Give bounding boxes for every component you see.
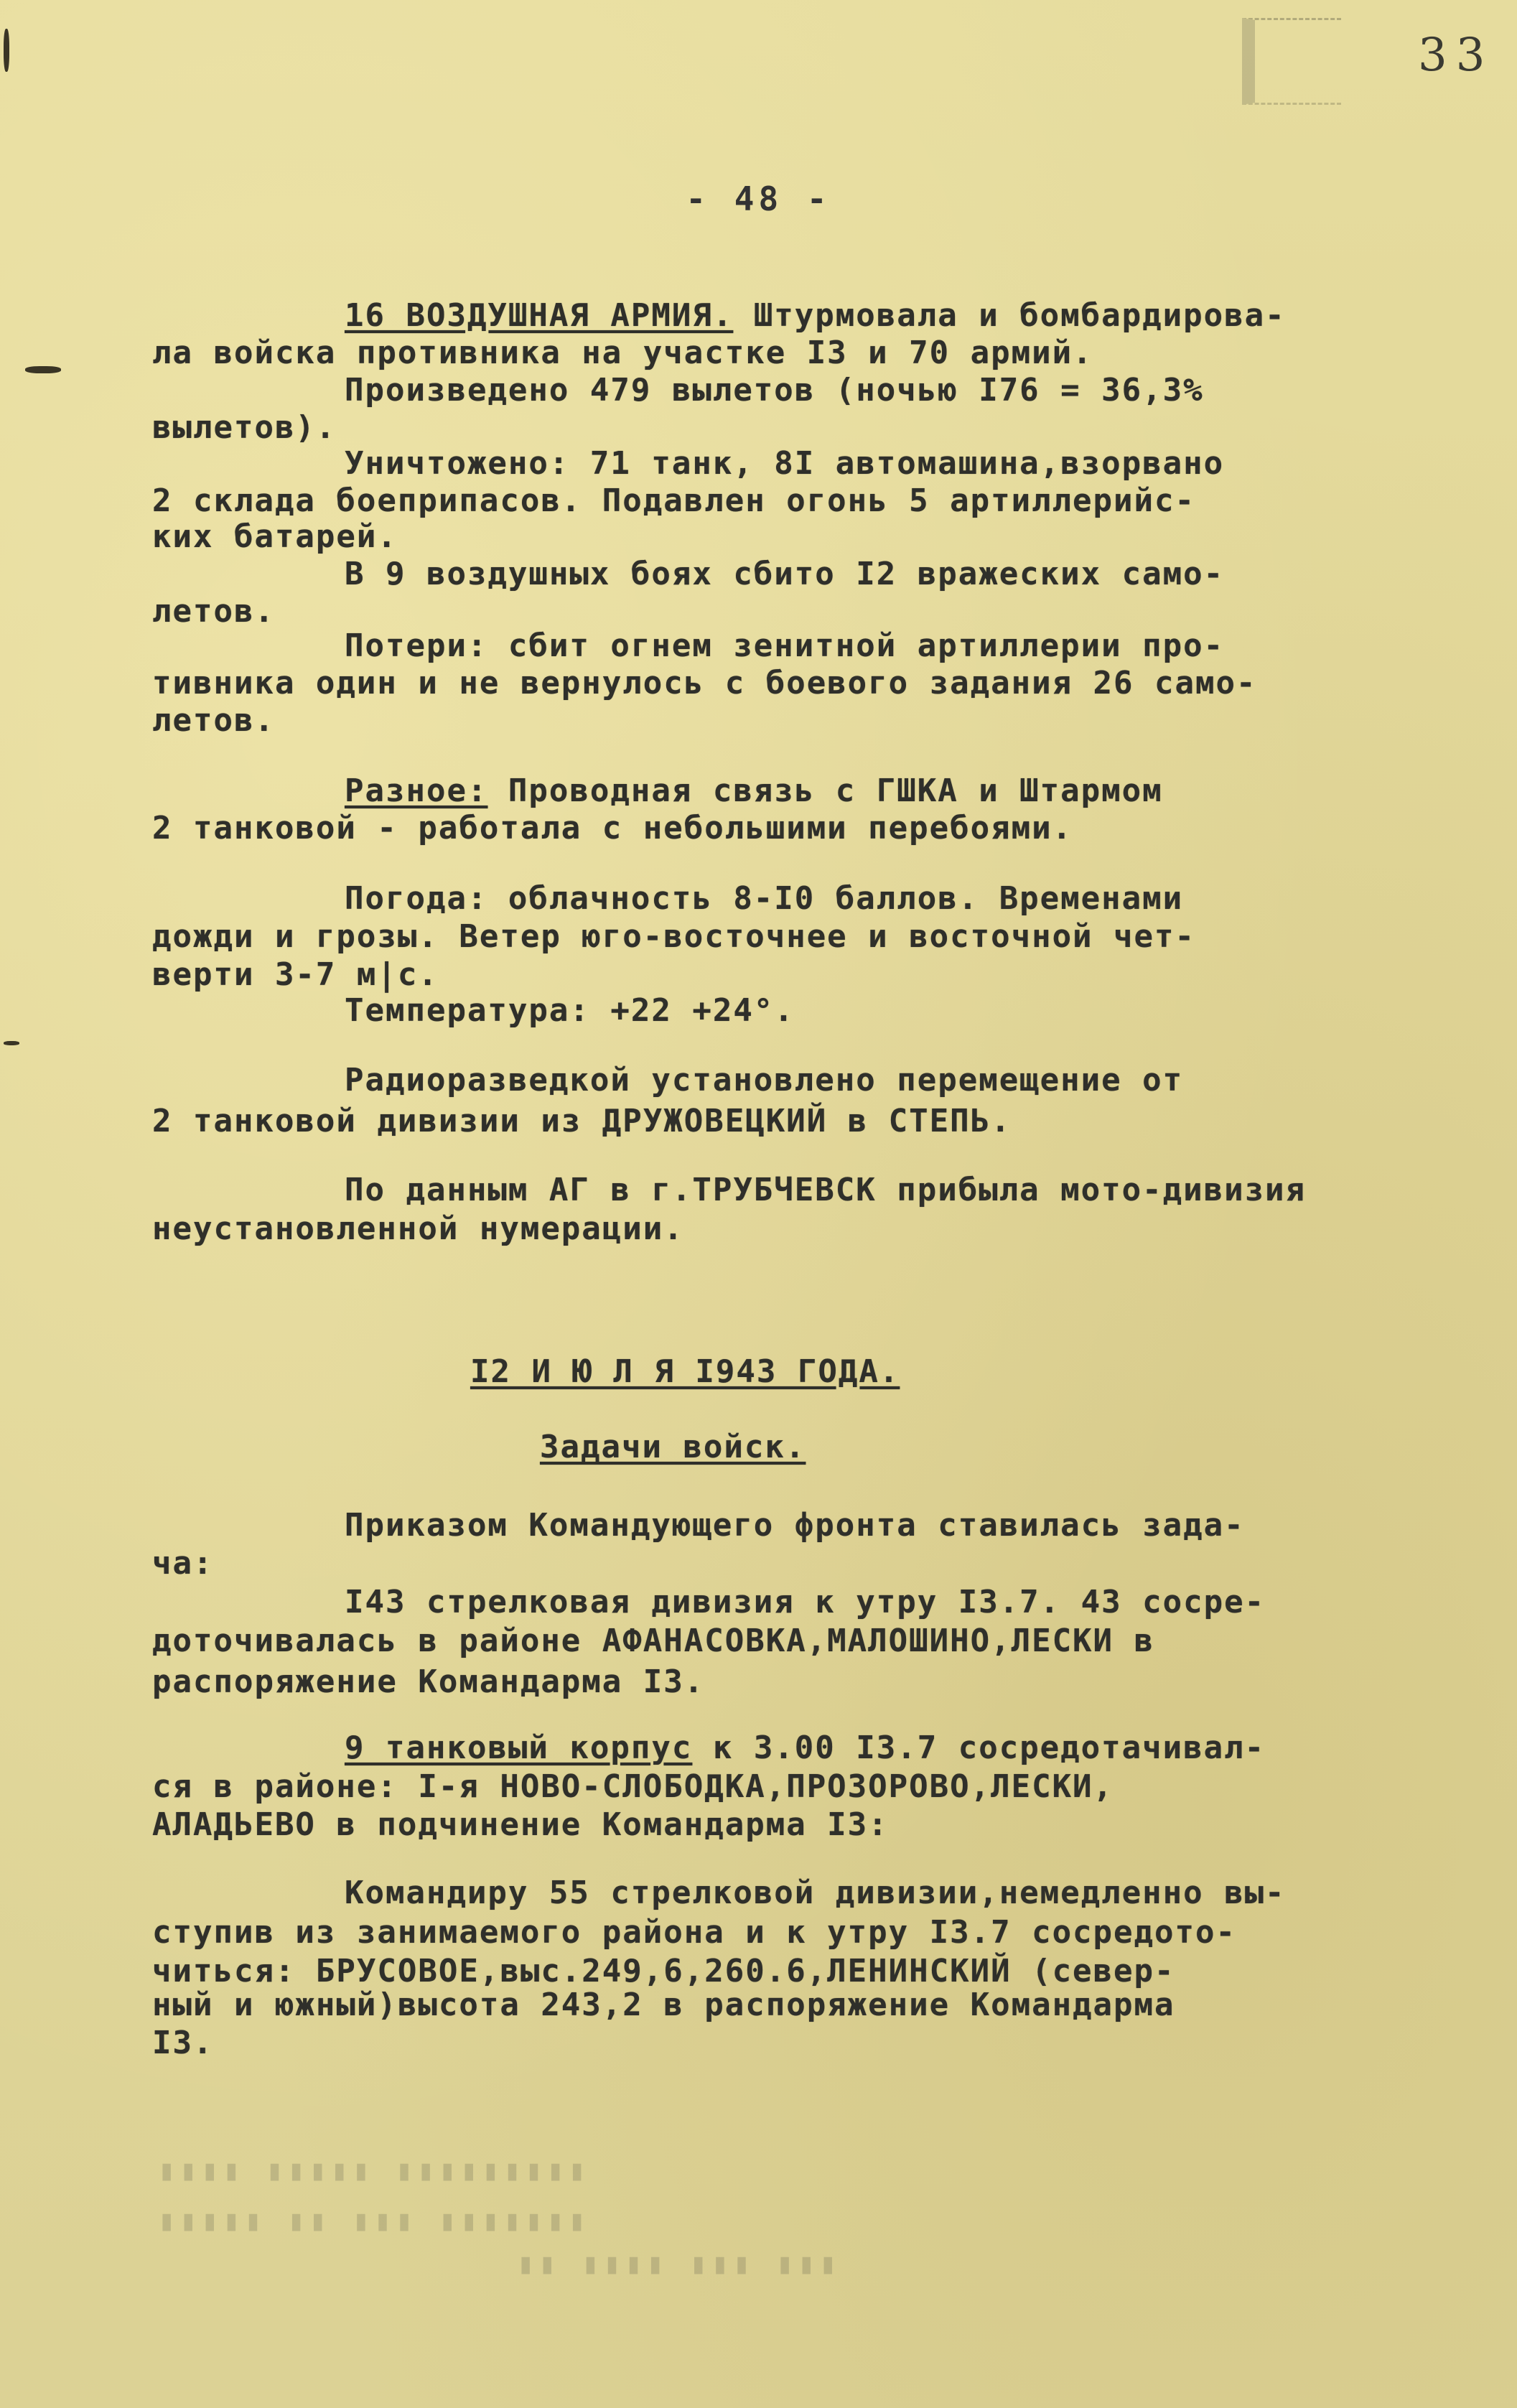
text-line: ких батарей. bbox=[152, 518, 398, 556]
text-line: Радиоразведкой установлено перемещение о… bbox=[345, 1062, 1183, 1099]
text-line: ный и южный)высота 243,2 в распоряжение … bbox=[152, 1987, 1175, 2024]
text-line: дожди и грозы. Ветер юго-восточнее и вос… bbox=[152, 918, 1195, 956]
text-line: доточивалась в районе АФАНАСОВКА,МАЛОШИН… bbox=[152, 1623, 1154, 1660]
heading-misc: Разное: bbox=[345, 773, 487, 809]
text-line: 9 танковый корпус к 3.00 I3.7 сосредотач… bbox=[345, 1730, 1265, 1767]
date-heading: I2 И Ю Л Я I943 ГОДА. bbox=[470, 1353, 900, 1391]
text-line: ступив из занимаемого района и к утру I3… bbox=[152, 1914, 1236, 1951]
text-line: Температура: +22 +24°. bbox=[345, 992, 795, 1030]
text-line: ся в районе: I-я НОВО-СЛОБОДКА,ПРОЗОРОВО… bbox=[152, 1768, 1114, 1806]
text-line: Приказом Командующего фронта ставилась з… bbox=[345, 1507, 1245, 1544]
text-line: читься: БРУСОВОЕ,выс.249,6,260.6,ЛЕНИНСК… bbox=[152, 1953, 1175, 1990]
subheading-tasks: Задачи войск. bbox=[540, 1429, 806, 1466]
text-line: летов. bbox=[152, 702, 275, 739]
text-line: летов. bbox=[152, 593, 275, 630]
bleed-through-text: ▮▮▮▮▮ ▮▮ ▮▮▮ ▮▮▮▮▮▮▮ bbox=[158, 2204, 590, 2237]
text-line: распоряжение Командарма I3. bbox=[152, 1663, 704, 1701]
text-line: АЛАДЬЕВО в подчинение Командарма I3: bbox=[152, 1806, 889, 1844]
text-line: ла войска противника на участке I3 и 70 … bbox=[152, 335, 1093, 372]
heading-air-army: 16 ВОЗДУШНАЯ АРМИЯ. bbox=[345, 297, 733, 334]
text-line: Погода: облачность 8-I0 баллов. Временам… bbox=[345, 880, 1183, 918]
text-line: По данным АГ в г.ТРУБЧЕВСК прибыла мото-… bbox=[345, 1172, 1306, 1209]
text-line: Командиру 55 стрелковой дивизии,немедлен… bbox=[345, 1875, 1286, 1912]
text-line: 2 танковой - работала с небольшими переб… bbox=[152, 810, 1073, 847]
bleed-through-text: ▮▮▮▮ ▮▮▮▮▮ ▮▮▮▮▮▮▮▮▮ bbox=[158, 2154, 590, 2187]
heading-tank-corps: 9 танковый корпус bbox=[345, 1730, 692, 1766]
text-line: Потери: сбит огнем зенитной артиллерии п… bbox=[345, 627, 1224, 665]
archive-stamp-mark bbox=[1242, 18, 1341, 105]
archive-sheet-number: 33 bbox=[1418, 29, 1493, 82]
text-line: Уничтожено: 71 танк, 8I автомашина,взорв… bbox=[345, 445, 1224, 482]
text-line: верти 3-7 м|с. bbox=[152, 956, 439, 994]
text-line: неустановленной нумерации. bbox=[152, 1210, 684, 1248]
text-line: Разное: Проводная связь с ГШКА и Штармом bbox=[345, 773, 1163, 810]
margin-ink-mark bbox=[25, 366, 61, 373]
text-line: тивника один и не вернулось с боевого за… bbox=[152, 665, 1256, 702]
text-line: 2 склада боеприпасов. Подавлен огонь 5 а… bbox=[152, 482, 1195, 520]
margin-ink-mark bbox=[4, 1041, 19, 1045]
text-line: 2 танковой дивизии из ДРУЖОВЕЦКИЙ в СТЕП… bbox=[152, 1103, 1012, 1140]
text-line: В 9 воздушных боях сбито I2 вражеских са… bbox=[345, 556, 1224, 593]
page-number: - 48 - bbox=[0, 179, 1517, 218]
text-line: I3. bbox=[152, 2025, 213, 2062]
text-line: 16 ВОЗДУШНАЯ АРМИЯ. Штурмовала и бомбард… bbox=[345, 297, 1286, 335]
text-line: Произведено 479 вылетов (ночью I76 = 36,… bbox=[345, 372, 1204, 409]
text-line: ча: bbox=[152, 1545, 213, 1582]
text-line: I43 стрелковая дивизия к утру I3.7. 43 с… bbox=[345, 1584, 1265, 1621]
margin-ink-mark bbox=[4, 29, 9, 72]
text-line: вылетов). bbox=[152, 409, 336, 447]
bleed-through-text: ▮▮ ▮▮▮▮ ▮▮▮ ▮▮▮ bbox=[517, 2247, 841, 2280]
